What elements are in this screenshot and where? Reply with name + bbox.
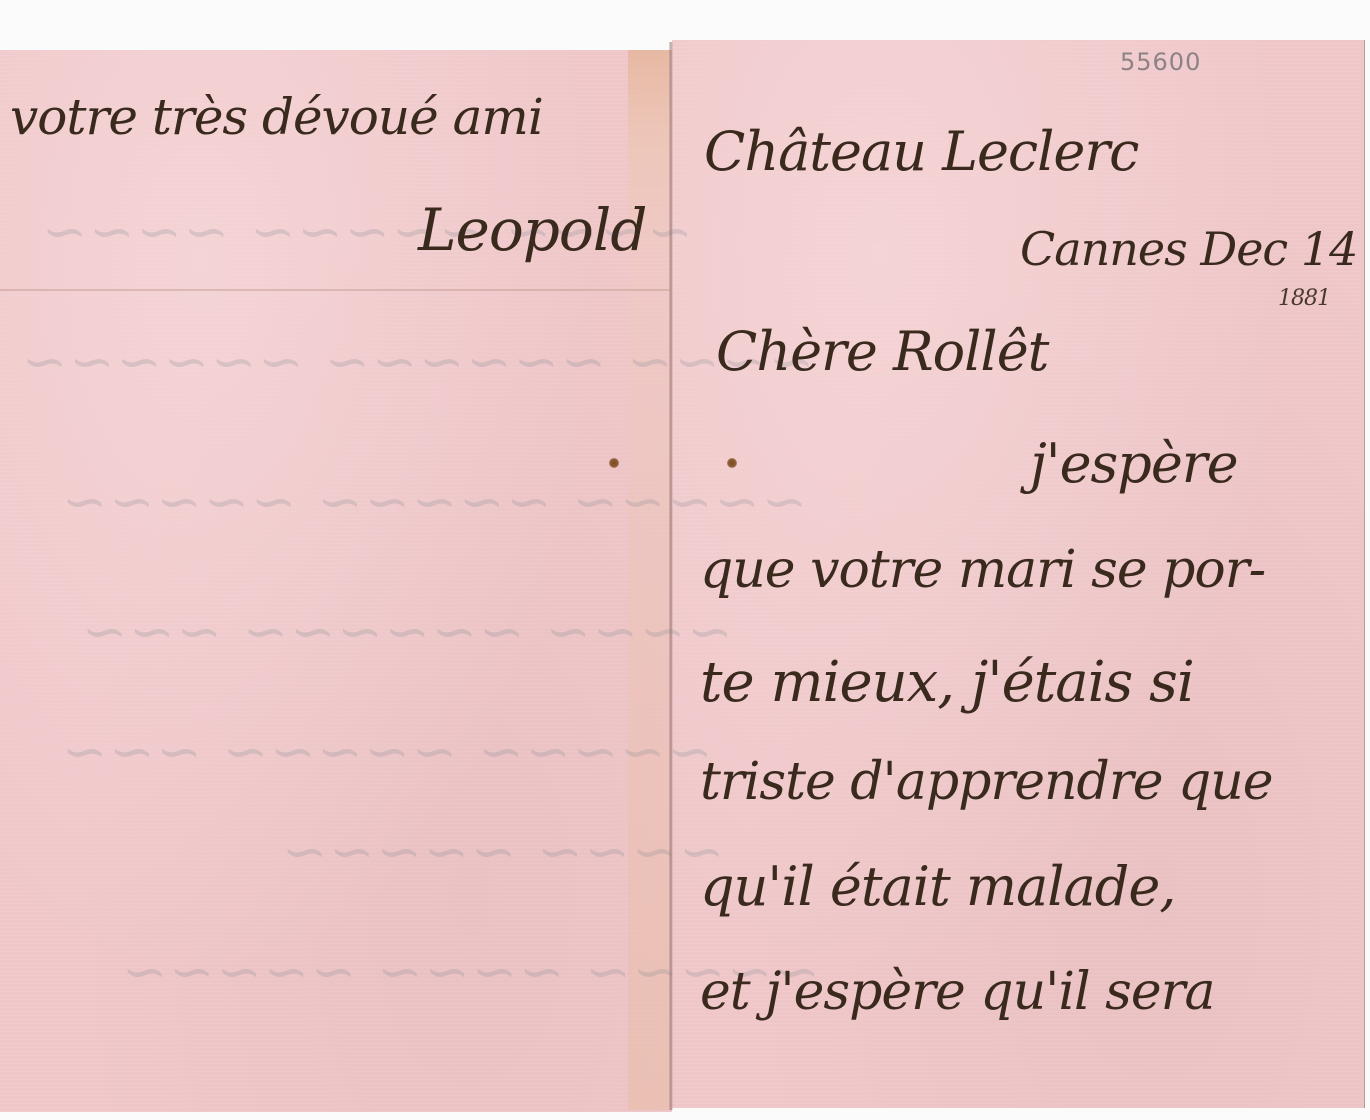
letter-line: que votre mari se por- <box>700 540 1265 600</box>
show-through: ~~~~~ ~~~~~ ~~~~~ <box>60 470 807 533</box>
header-city-date: Cannes Dec 14 <box>1020 222 1357 276</box>
header-year: 1881 <box>1278 286 1330 311</box>
scanned-letter: ~~~~ ~~~~~ ~~~~ ~~~~ ~~~~~~ ~~~~~~ ~~~~~… <box>0 0 1370 1120</box>
horizontal-fold <box>0 289 672 291</box>
show-through: ~~~~ ~~~~~~ ~~~ <box>80 600 733 663</box>
salutation: Chère Rollêt <box>716 320 1048 383</box>
archive-number: 55600 <box>1120 48 1201 76</box>
letter-line: te mieux, j'étais si <box>700 650 1194 715</box>
closing-line: votre très dévoué ami <box>10 88 543 146</box>
show-through: ~~~~ ~~~~~~ ~~~~~~ <box>20 330 814 393</box>
header-place: Château Leclerc <box>704 120 1138 183</box>
letter-line: j'espère <box>1030 432 1238 495</box>
letter-line: qu'il était malade, <box>700 855 1175 918</box>
show-through: ~~~~~ ~~~~~ ~~~ <box>60 720 713 783</box>
letter-line: triste d'apprendre que <box>700 752 1273 812</box>
show-through: ~~~~ ~~~~~ <box>280 820 724 883</box>
signature: Leopold <box>418 196 646 264</box>
ink-spot <box>727 458 737 468</box>
letter-line: et j'espère qu'il sera <box>700 962 1214 1022</box>
ink-spot <box>609 458 619 468</box>
